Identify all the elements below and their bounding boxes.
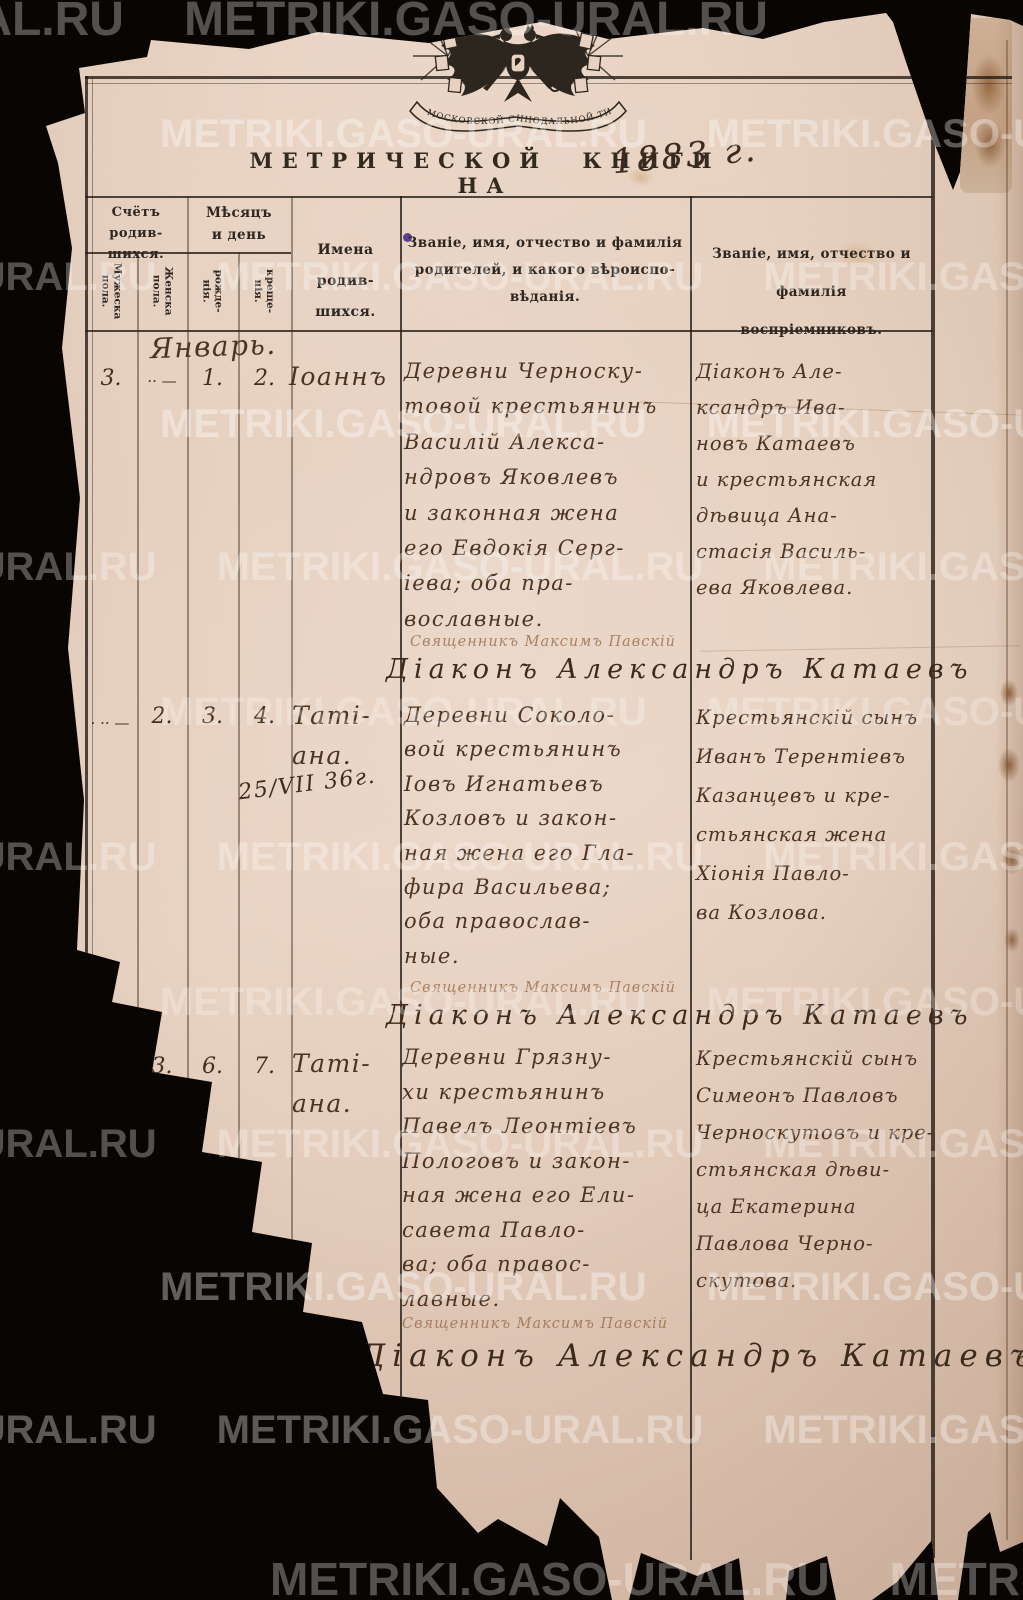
- header-col-parents: Званіе, имя, отчество и фамиліяродителей…: [402, 230, 688, 311]
- entry3-priest-signature: Священникъ Максимъ Павскій: [402, 1316, 668, 1332]
- binding-stain: [1004, 928, 1020, 952]
- month-label: Январь.: [149, 328, 277, 365]
- entry1-parents-text: Деревни Черноску-товой крестьянинъВасилі…: [404, 354, 690, 637]
- entry2-baptized-day: 4.: [238, 704, 291, 729]
- header-col-male: Мужескапола.: [85, 252, 137, 330]
- entry1-priest-signature: Священникъ Максимъ Павскій: [410, 634, 676, 650]
- table-grid-line: [137, 252, 139, 1552]
- entry3-born-day: 6.: [187, 1054, 238, 1079]
- entry1-name: Іоаннъ: [289, 358, 387, 396]
- paper-stain: [972, 55, 1006, 115]
- entry2-male-no: · ·· —: [83, 714, 137, 732]
- header-col-born: рожде-нія.: [187, 252, 238, 330]
- entry2-parents-text: Деревни Соколо-вой крестьянинъІовъ Игнат…: [404, 698, 690, 973]
- binding-stain: [1002, 845, 1022, 875]
- document-page: МОСКОВСКОЙ СИНОДАЛЬНОЙ ТИПОГРАФІИ МЕТРИЧ…: [0, 0, 1023, 1600]
- header-col-names: Имена родив-шихся.: [291, 235, 400, 327]
- entry1-baptized-day: 2.: [238, 366, 291, 391]
- entry2-priest-signature: Священникъ Максимъ Павскій: [410, 980, 676, 996]
- header-month-group: Мѣсяцъи день: [187, 203, 291, 246]
- paper-stain: [975, 120, 1005, 168]
- synod-emblem: МОСКОВСКОЙ СИНОДАЛЬНОЙ ТИПОГРАФІИ: [403, 6, 633, 146]
- header-col-female: Женскапола.: [137, 252, 187, 330]
- binding-stain: [998, 748, 1020, 782]
- entry3-name: Таті-ана.: [292, 1044, 371, 1124]
- entry1-female-no: ·· —: [137, 372, 187, 390]
- entry3-female-no: 3.: [137, 1054, 187, 1079]
- paper-crease: [700, 645, 1020, 652]
- entry1-godparents-text: Діаконъ Але-ксандръ Ива-новъ Катаевъи кр…: [696, 354, 934, 606]
- entry1-male-no: 3.: [85, 366, 137, 391]
- entry1-born-day: 1.: [187, 366, 238, 391]
- entry3-godparents-text: Крестьянскій сынъСимеонъ ПавловъЧерноску…: [696, 1040, 934, 1299]
- binding-stain: [1000, 680, 1018, 706]
- header-col-baptized: креще-нія.: [238, 252, 291, 330]
- table-grid-line: [291, 196, 293, 1556]
- entry1-deacon-signature: Діаконъ Александръ Катаевъ: [386, 654, 974, 685]
- entry2-godparents-text: Крестьянскій сынъИванъ ТерентіевъКазанце…: [696, 698, 934, 932]
- entry3-baptized-day: 7.: [238, 1054, 291, 1079]
- scanned-metric-book-photo: МОСКОВСКОЙ СИНОДАЛЬНОЙ ТИПОГРАФІИ МЕТРИЧ…: [0, 0, 1023, 1600]
- entry2-deacon-signature: Діаконъ Александръ Катаевъ: [386, 1000, 974, 1031]
- binding-crease-line: [1006, 40, 1008, 1540]
- table-grid-line: [187, 196, 189, 1556]
- paper-stain: [960, 18, 1012, 193]
- entry2-born-day: 3.: [187, 704, 238, 729]
- entry3-parents-text: Деревни Грязну-хи крестьянинъПавелъ Леон…: [402, 1040, 690, 1316]
- entry2-female-no: 2.: [137, 704, 187, 729]
- entry2-name: Таті-ана.: [292, 696, 371, 776]
- header-col-godparents: Званіе, имя, отчество и фамиліявоспріемн…: [692, 236, 931, 349]
- table-grid-line: [238, 252, 240, 1552]
- closing-deacon-signature: Діаконъ Александръ Катаевъ: [360, 1338, 1023, 1374]
